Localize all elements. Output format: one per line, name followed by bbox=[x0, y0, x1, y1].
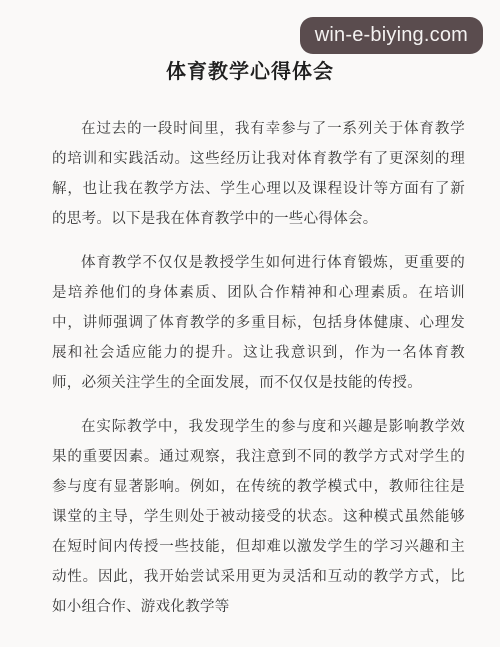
watermark-badge: win-e-biying.com bbox=[300, 17, 483, 54]
watermark-text: win-e-biying.com bbox=[315, 24, 468, 46]
document-page: win-e-biying.com 体育教学心得体会 在过去的一段时间里，我有幸参… bbox=[0, 0, 500, 647]
paragraph-intro: 在过去的一段时间里，我有幸参与了一系列关于体育教学的培训和实践活动。这些经历让我… bbox=[52, 114, 465, 234]
page-title: 体育教学心得体会 bbox=[0, 60, 500, 84]
paragraph-goals: 体育教学不仅仅是教授学生如何进行体育锻炼，更重要的是培养他们的身体素质、团队合作… bbox=[52, 248, 465, 398]
paragraph-practice: 在实际教学中，我发现学生的参与度和兴趣是影响教学效果的重要因素。通过观察，我注意… bbox=[52, 412, 465, 622]
